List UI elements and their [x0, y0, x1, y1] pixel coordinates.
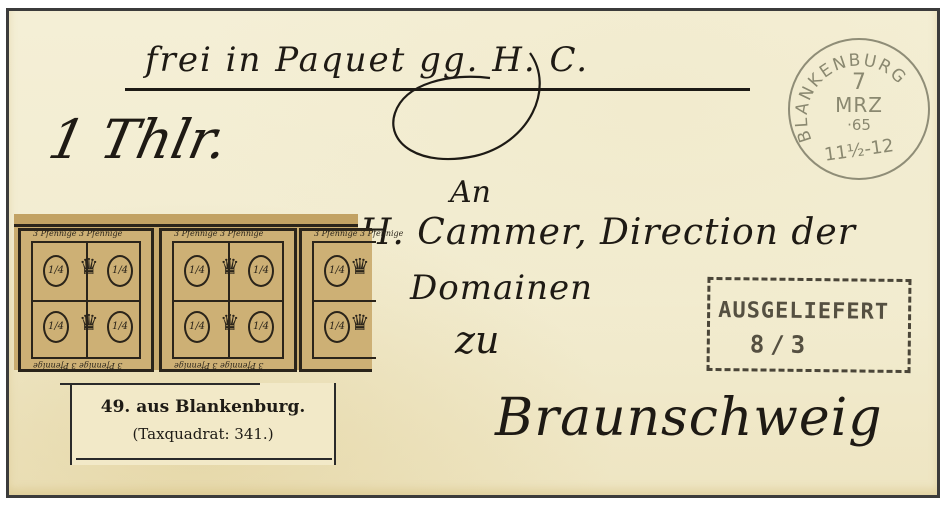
stamp-3: 3 Pfennige 3 Pfennige 1/4 ♛ 1/4 ♛ — [299, 228, 372, 372]
crown-icon: ♛ — [350, 311, 370, 336]
label-bottom-rule — [76, 458, 332, 460]
postmark-month: MRZ — [790, 93, 928, 117]
value-oval: 1/4 — [184, 255, 210, 287]
stamp-denomination: 3 Pfennige 3 Pfennige — [174, 229, 263, 238]
crown-icon: ♛ — [79, 255, 99, 280]
address-line-1: H. Cammer, Direction der — [360, 212, 856, 253]
value-oval: 1/4 — [184, 311, 210, 343]
manuscript-fee-note: 1 Thlr. — [43, 108, 233, 171]
box-cancel-line1: AUSGELIEFERT — [718, 298, 889, 325]
value-oval: 1/4 — [248, 311, 274, 343]
circular-postmark: BLANKENBURG 7 MRZ ·65 11½-12 — [788, 38, 930, 180]
value-oval: 1/4 — [107, 311, 133, 343]
postmark-day: 7 — [790, 70, 928, 95]
crown-icon: ♛ — [79, 311, 99, 336]
crown-icon: ♛ — [350, 255, 370, 280]
catalog-label-subtitle: (Taxquadrat: 341.) — [72, 425, 334, 443]
stamp-denomination: 3 Pfennige 3 Pfennige — [314, 229, 403, 238]
crown-icon: ♛ — [220, 311, 240, 336]
stamp-denomination: 3 Pfennige 3 Pfennige — [33, 229, 122, 238]
flourish-oval — [380, 48, 550, 168]
stamp-denomination-inverted: 3 Pfennige 3 Pfennige — [33, 361, 122, 370]
stamp-strip: 3 Pfennige 3 Pfennige 3 Pfennige 3 Pfenn… — [14, 214, 358, 370]
value-oval: 1/4 — [324, 311, 350, 343]
label-top-rule — [60, 383, 260, 385]
value-oval: 1/4 — [324, 255, 350, 287]
stamp-1: 3 Pfennige 3 Pfennige 3 Pfennige 3 Pfenn… — [18, 228, 154, 372]
address-preposition: zu — [455, 318, 500, 362]
manuscript-salutation: An — [450, 175, 491, 210]
stamp-denomination-inverted: 3 Pfennige 3 Pfennige — [174, 361, 263, 370]
address-line-2: Domainen — [410, 268, 593, 308]
value-oval: 1/4 — [43, 311, 69, 343]
box-cancel-line2: 8/3 — [750, 330, 812, 359]
catalog-label-title: 49. aus Blankenburg. — [72, 397, 334, 417]
crown-icon: ♛ — [220, 255, 240, 280]
address-city: Braunschweig — [495, 388, 883, 448]
catalog-label: 49. aus Blankenburg. (Taxquadrat: 341.) — [70, 383, 336, 465]
ausgeliefert-box-cancel: AUSGELIEFERT 8/3 — [707, 277, 912, 373]
value-oval: 1/4 — [107, 255, 133, 287]
stamp-2: 3 Pfennige 3 Pfennige 3 Pfennige 3 Pfenn… — [159, 228, 297, 372]
value-oval: 1/4 — [43, 255, 69, 287]
postmark-year: ·65 — [790, 116, 928, 134]
value-oval: 1/4 — [248, 255, 274, 287]
stamp-strip-top-edge — [14, 214, 358, 227]
